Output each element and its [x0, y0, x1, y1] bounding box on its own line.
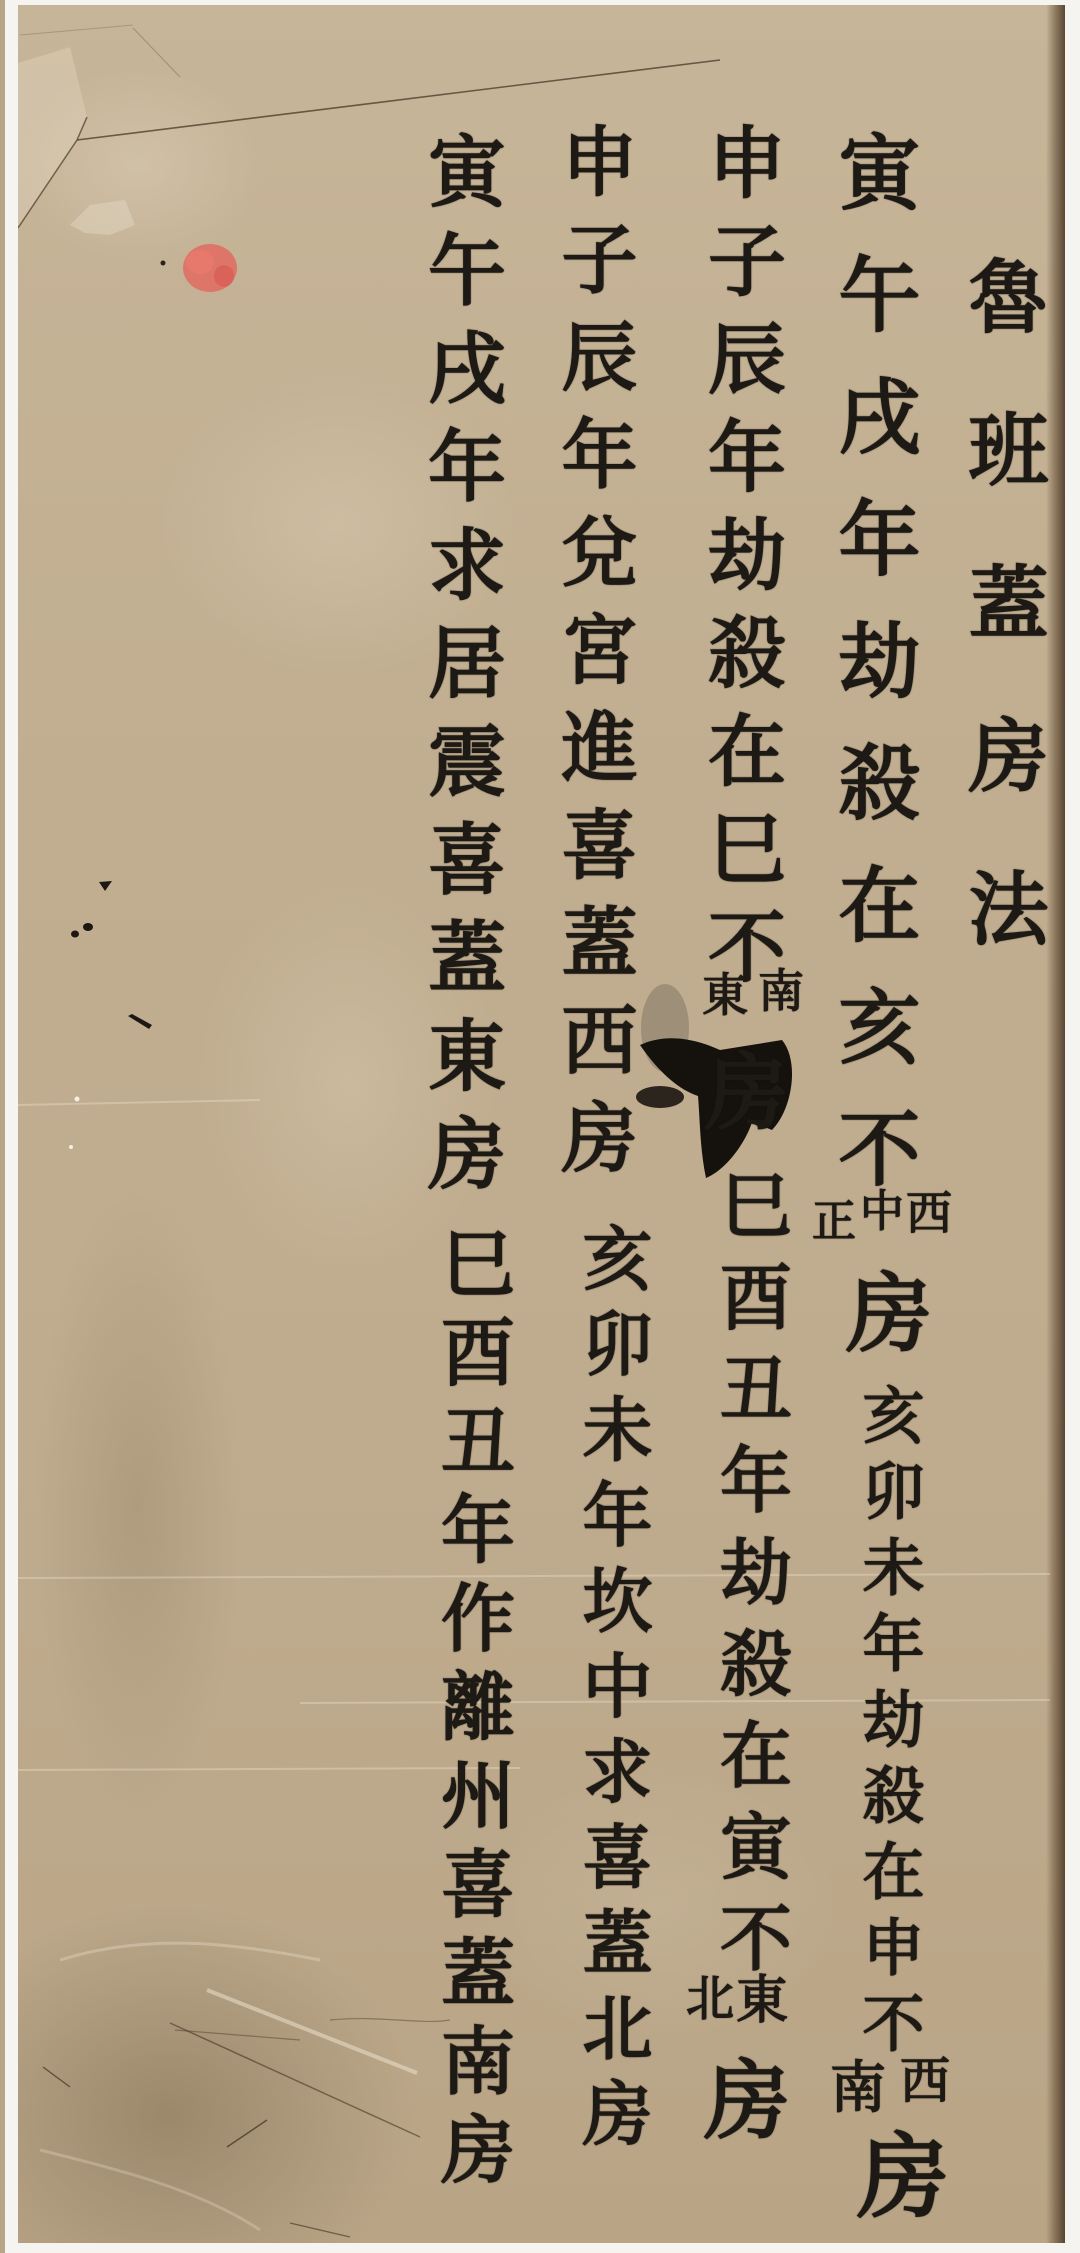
column-1-text-b: 亥卯未年劫殺在申不 [857, 1383, 919, 2067]
column-1-char-a: 房 [838, 1268, 924, 1354]
column-2-char-b: 房 [696, 2055, 782, 2141]
column-1-text-a: 寅午戌年劫殺在亥不 [832, 130, 914, 1228]
stray-ink-marks [71, 881, 152, 1029]
column-1-annotation-a: 西 [906, 1190, 952, 1236]
column-2-annotation-a: 南 [758, 968, 804, 1014]
column-1-annotation-b: 南 [830, 2060, 886, 2116]
column-4-text-b: 巳酉丑年作離州喜蓋南房 [435, 1225, 509, 2200]
red-seal [183, 244, 237, 292]
column-2-char-a: 房 [698, 1048, 782, 1132]
column-1-annotation-a: 正 [812, 1200, 856, 1244]
column-2-annotation-b: 東 [736, 1975, 788, 2027]
title-column: 魯班蓋房法 [962, 255, 1042, 1020]
column-1-annotation-a: 中 [860, 1190, 904, 1234]
column-1-char-b: 房 [850, 2128, 942, 2220]
column-2-text-a: 申子辰年劫殺在巳不 [701, 122, 779, 1004]
column-2-annotation-b: 北 [686, 1975, 734, 2023]
column-3-text-a: 申子辰年兌宮進喜蓋西房 [555, 122, 631, 1196]
column-2-annotation-a: 東 [702, 972, 748, 1018]
wrinkle-creases [40, 1943, 450, 2237]
column-4-text-a: 寅午戌年求居震喜蓋東房 [421, 131, 499, 1211]
column-1-annotation-b: 西 [900, 2056, 950, 2106]
ink-dot [161, 261, 166, 266]
column-3-text-b: 亥卯未年坎中求喜蓋北房 [577, 1222, 647, 2163]
column-2-text-b: 巳酉丑年劫殺在寅不 [714, 1168, 786, 1992]
